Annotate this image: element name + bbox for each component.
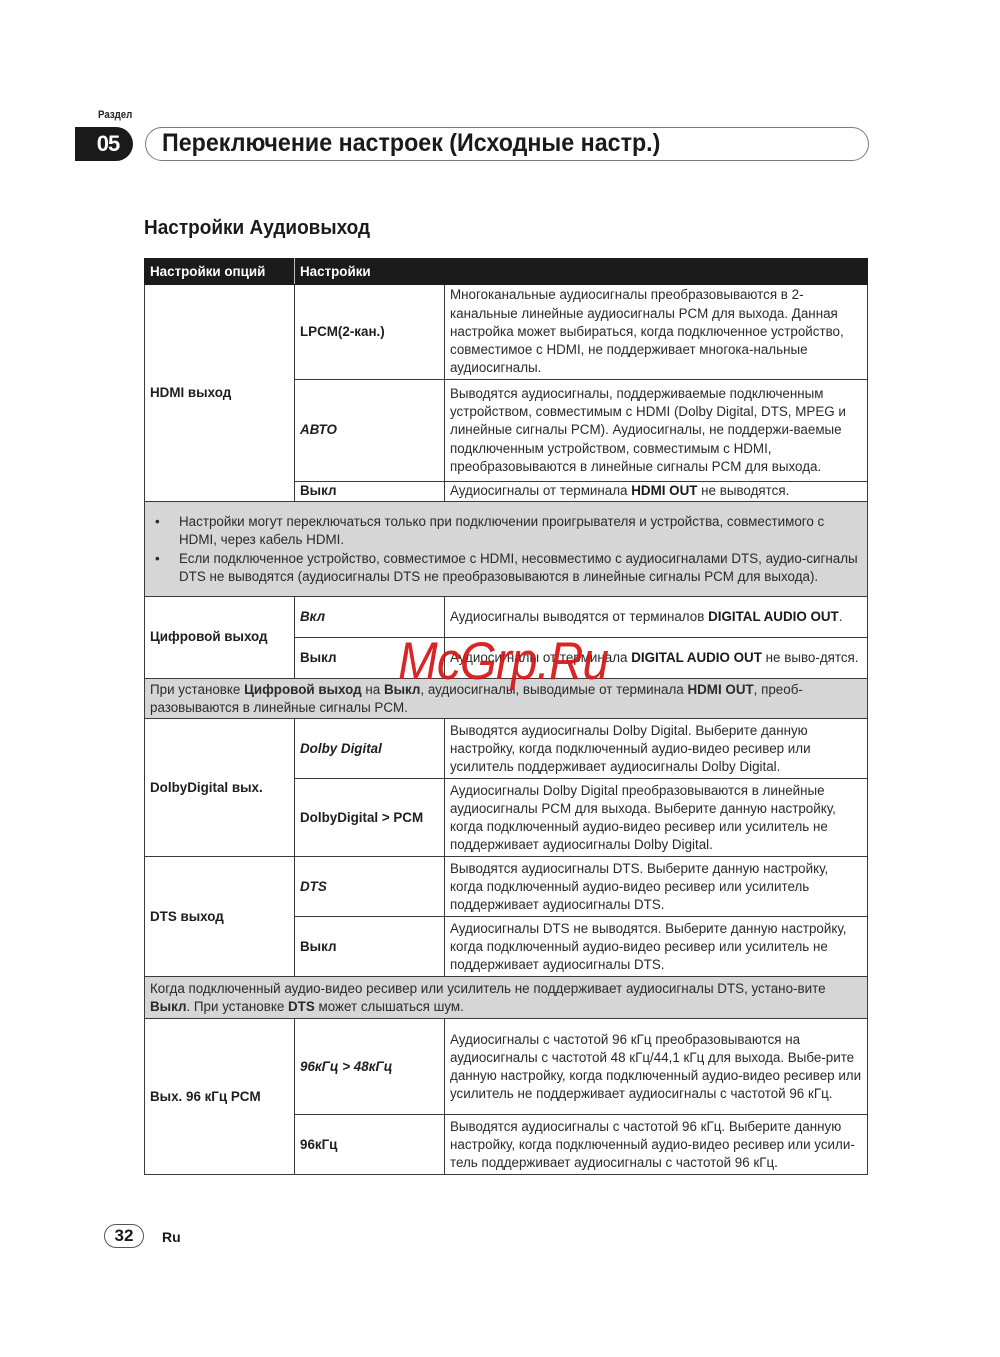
section-number-badge: 05 <box>75 127 133 161</box>
text-fragment: может слышаться шум. <box>315 999 464 1014</box>
note-cell: При установке Цифровой выход на Выкл, ау… <box>145 679 868 719</box>
section-heading: Настройки Аудиовыход <box>144 217 370 240</box>
setting-value: DTS <box>295 857 445 917</box>
note-row: Настройки могут переключаться только при… <box>145 502 868 597</box>
setting-value: 96кГц > 48кГц <box>295 1019 445 1115</box>
text-fragment: . <box>839 609 843 624</box>
table-row: HDMI выходLPCM(2-кан.)Многоканальные ауд… <box>145 285 868 380</box>
option-name: DTS выход <box>145 857 295 977</box>
bold-term: Выкл <box>384 682 420 697</box>
page-number: 32 <box>104 1224 144 1248</box>
text-fragment: При установке <box>150 682 244 697</box>
header-options: Настройки опций <box>145 259 295 285</box>
bold-term: HDMI OUT <box>631 483 697 498</box>
bold-term: Цифровой выход <box>244 682 362 697</box>
text-fragment: Аудиосигналы от терминала <box>450 483 631 498</box>
setting-value: Выкл <box>295 638 445 679</box>
text-fragment: , аудиосигналы, выводимые от терминала <box>420 682 687 697</box>
text-fragment: Когда подключенный аудио-видео ресивер и… <box>150 981 826 996</box>
table-row: Вых. 96 кГц PCM96кГц > 48кГцАудиосигналы… <box>145 1019 868 1115</box>
text-fragment: . При установке <box>186 999 288 1014</box>
setting-value: Выкл <box>295 917 445 977</box>
note-row: При установке Цифровой выход на Выкл, ау… <box>145 679 868 719</box>
setting-description: Многоканальные аудиосигналы преобразовыв… <box>445 285 868 380</box>
setting-value: Вкл <box>295 597 445 638</box>
option-name: DolbyDigital вых. <box>145 719 295 857</box>
note-list: Настройки могут переключаться только при… <box>150 513 862 586</box>
setting-description: Выводятся аудиосигналы Dolby Digital. Вы… <box>445 719 868 779</box>
setting-description: Аудиосигналы от терминала HDMI OUT не вы… <box>445 482 868 502</box>
option-name: Вых. 96 кГц PCM <box>145 1019 295 1175</box>
chapter-title-box: Переключение настроек (Исходные настр.) <box>145 127 869 161</box>
table-body: HDMI выходLPCM(2-кан.)Многоканальные ауд… <box>145 285 868 1175</box>
text-fragment: на <box>362 682 384 697</box>
option-name: Цифровой выход <box>145 597 295 679</box>
setting-value: Dolby Digital <box>295 719 445 779</box>
setting-description: Аудиосигналы с частотой 96 кГц преобразо… <box>445 1019 868 1115</box>
setting-description: Выводятся аудиосигналы, поддерживаемые п… <box>445 380 868 482</box>
setting-value: DolbyDigital > PCM <box>295 779 445 857</box>
language-code: Ru <box>162 1229 181 1245</box>
table-header-row: Настройки опций Настройки <box>145 259 868 285</box>
note-bullet: Настройки могут переключаться только при… <box>150 513 862 549</box>
audio-output-settings-table: Настройки опций Настройки HDMI выходLPCM… <box>144 258 868 1175</box>
chapter-title: Переключение настроек (Исходные настр.) <box>162 129 660 158</box>
table-row: Цифровой выходВклАудиосигналы выводятся … <box>145 597 868 638</box>
setting-description: Аудиосигналы DTS не выводятся. Выберите … <box>445 917 868 977</box>
setting-description: Аудиосигналы выводятся от терминалов DIG… <box>445 597 868 638</box>
section-label: Раздел <box>98 109 132 121</box>
bold-term: HDMI OUT <box>687 682 753 697</box>
setting-value: 96кГц <box>295 1115 445 1175</box>
bold-term: DIGITAL AUDIO OUT <box>631 650 762 665</box>
bold-term: Выкл <box>150 999 186 1014</box>
note-cell: Когда подключенный аудио-видео ресивер и… <box>145 977 868 1019</box>
text-fragment: Аудиосигналы от терминала <box>450 650 631 665</box>
text-fragment: не выводятся. <box>697 483 789 498</box>
setting-description: Выводятся аудиосигналы с частотой 96 кГц… <box>445 1115 868 1175</box>
note-cell: Настройки могут переключаться только при… <box>145 502 868 597</box>
header-settings: Настройки <box>295 259 868 285</box>
text-fragment: Аудиосигналы выводятся от терминалов <box>450 609 708 624</box>
setting-value: Выкл <box>295 482 445 502</box>
option-name: HDMI выход <box>145 285 295 502</box>
table-row: DTS выходDTSВыводятся аудиосигналы DTS. … <box>145 857 868 917</box>
setting-description: Выводятся аудиосигналы DTS. Выберите дан… <box>445 857 868 917</box>
bold-term: DIGITAL AUDIO OUT <box>708 609 839 624</box>
setting-description: Аудиосигналы от терминала DIGITAL AUDIO … <box>445 638 868 679</box>
bold-term: DTS <box>288 999 315 1014</box>
setting-value: LPCM(2-кан.) <box>295 285 445 380</box>
table-row: DolbyDigital вых.Dolby DigitalВыводятся … <box>145 719 868 779</box>
note-row: Когда подключенный аудио-видео ресивер и… <box>145 977 868 1019</box>
note-bullet: Если подключенное устройство, совместимо… <box>150 550 862 586</box>
setting-description: Аудиосигналы Dolby Digital преобразовыва… <box>445 779 868 857</box>
setting-value: АВТО <box>295 380 445 482</box>
text-fragment: не выво-дятся. <box>762 650 859 665</box>
